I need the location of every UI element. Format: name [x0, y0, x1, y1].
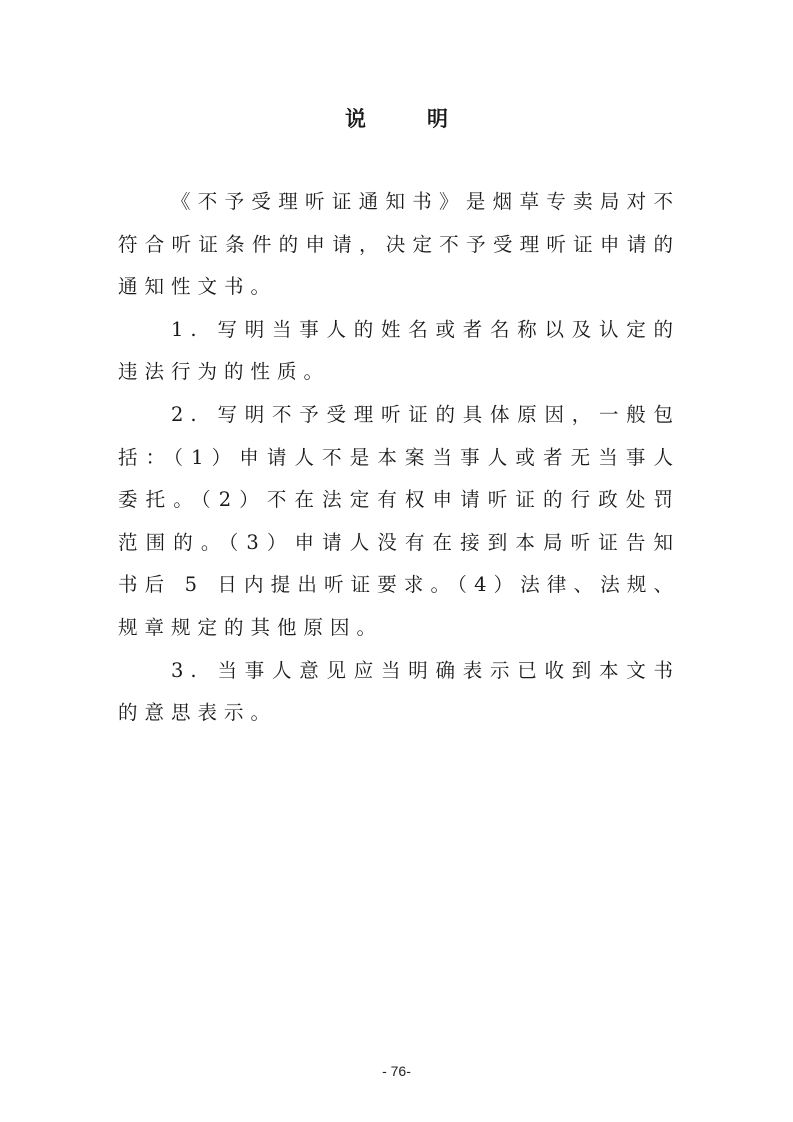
document-page: 说 明 《不予受理听证通知书》是烟草专卖局对不符合听证条件的申请，决定不予受理听… — [0, 0, 793, 1122]
paragraph-item-1: 1. 写明当事人的姓名或者名称以及认定的违法行为的性质。 — [118, 309, 680, 394]
document-body: 《不予受理听证通知书》是烟草专卖局对不符合听证条件的申请，决定不予受理听证申请的… — [118, 181, 680, 735]
page-title: 说 明 — [0, 103, 793, 133]
paragraph-item-2: 2. 写明不予受理听证的具体原因，一般包括：（1）申请人不是本案当事人或者无当事… — [118, 394, 680, 650]
paragraph-item-3: 3. 当事人意见应当明确表示已收到本文书的意思表示。 — [118, 650, 680, 735]
page-number: - 76- — [0, 1063, 793, 1079]
paragraph-intro: 《不予受理听证通知书》是烟草专卖局对不符合听证条件的申请，决定不予受理听证申请的… — [118, 181, 680, 309]
